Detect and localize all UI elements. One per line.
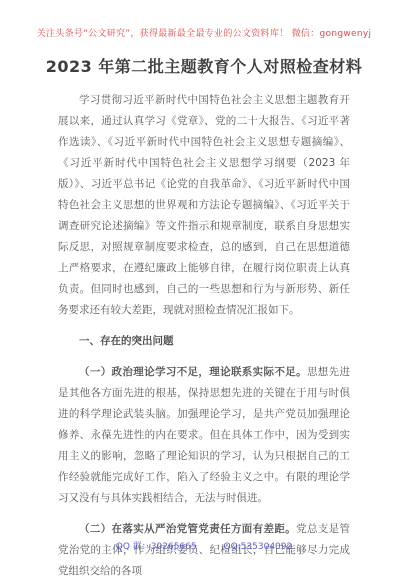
section-heading: 一、存在的突出问题 [58,331,350,352]
header-promo-notice: 关注头条号“公文研究”，获得最新最全最专业的公文资料库！ 微信：gongweny… [0,26,408,39]
qq-number: QQ:535304092 [223,542,292,552]
issue-1-lead: （一）政治理论学习不足，理论联系实际不足。 [79,366,307,378]
issue-1-body: 思想先进是其他各方面先进的根基，保持思想先进的关键在于用与时俱进的科学理论武装头… [58,366,350,504]
document-title: 2023 年第二批主题教育个人对照检查材料 [0,54,408,77]
issue-2-lead: （二）在落实从严治党管党责任方面有差距。 [79,523,296,535]
document-page: 关注头条号“公文研究”，获得最新最全最专业的公文资料库！ 微信：gongweny… [0,0,408,580]
intro-paragraph: 学习贯彻习近平新时代中国特色社会主义思想主题教育开展以来，通过认真学习《党章》、… [58,90,350,321]
issue-paragraph-1: （一）政治理论学习不足，理论联系实际不足。思想先进是其他各方面先进的根基，保持思… [58,362,350,509]
footer-contact: QQ 群：30265665 QQ:535304092 [0,539,408,552]
qq-group-number: QQ 群：30265665 [116,542,197,552]
document-body: 学习贯彻习近平新时代中国特色社会主义思想主题教育开展以来，通过认真学习《党章》、… [58,90,350,580]
